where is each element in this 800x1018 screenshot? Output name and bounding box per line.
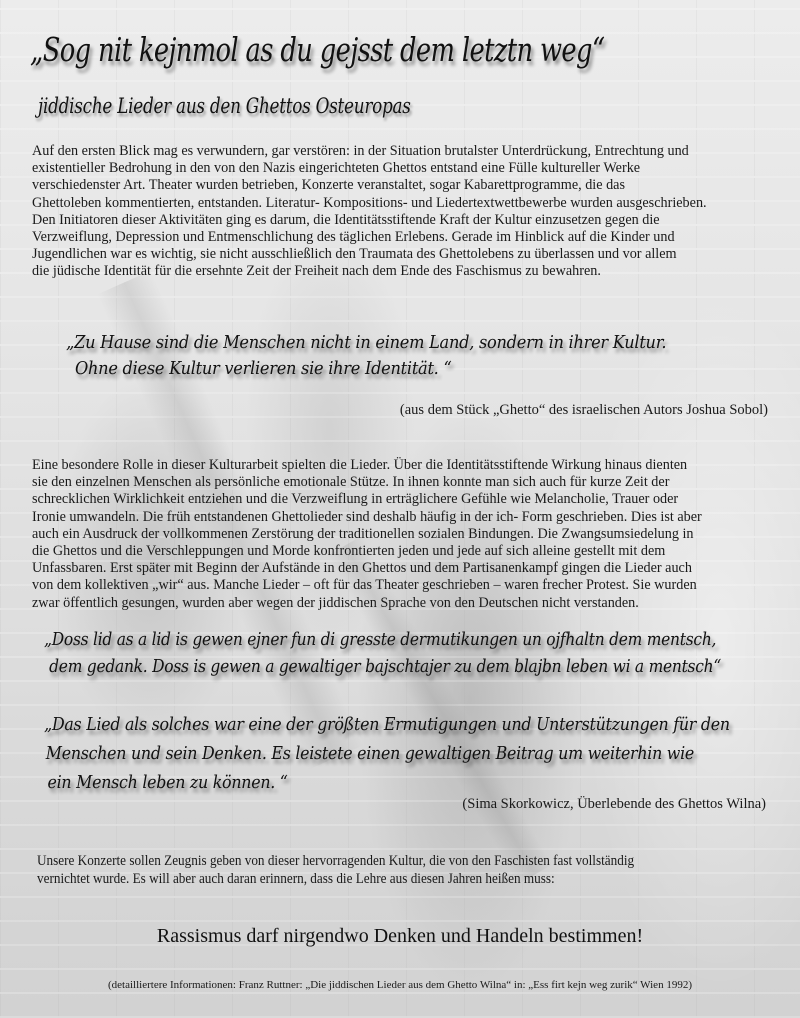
text-line: die Ghettos und die Verschleppungen und … [32,543,792,560]
text-line: Unsere Konzerte sollen Zeugnis geben von… [37,852,634,870]
text-line: vernichtet wurde. Es will aber auch dara… [37,870,634,888]
concerts-paragraph: Unsere Konzerte sollen Zeugnis geben von… [37,852,634,888]
text-line: sie den einzelnen Menschen als persönlic… [32,474,792,491]
quote-german: „Das Lied als solches war eine der größt… [44,710,730,797]
source-note: (detailliertere Informationen: Franz Rut… [0,979,800,991]
text-line: die jüdische Identität für die ersehnte … [32,263,792,280]
quote-line: ein Mensch leben zu können. “ [44,768,730,797]
text-line: existentieller Bedrohung in den von den … [32,160,792,177]
text-line: Ghettoleben kommentierten, entstanden. L… [32,195,792,212]
page-title: „Sog nit kejnmol as du gejsst dem letztn… [30,30,604,69]
quote-sobol-attribution: (aus dem Stück „Ghetto“ des israelischen… [400,402,768,419]
quote-line: „Doss lid as a lid is gewen ejner fun di… [44,626,721,653]
text-line: schrecklichen Wirklichkeit entziehen und… [32,491,792,508]
text-line: zwar öffentlich gesungen, wurden aber we… [32,595,792,612]
text-line: Auf den ersten Blick mag es verwundern, … [32,143,792,160]
page-subtitle: jiddische Lieder aus den Ghettos Osteuro… [38,94,411,118]
document-page: „Sog nit kejnmol as du gejsst dem letztn… [0,0,800,1018]
text-line: Jugendlichen war es wichtig, sie nicht a… [32,246,792,263]
quote-yiddish: „Doss lid as a lid is gewen ejner fun di… [44,626,721,680]
quote-line: Menschen und sein Denken. Es leistete ei… [44,739,730,768]
text-line: verschiedenster Art. Theater wurden betr… [32,177,792,194]
text-line: Den Initiatoren dieser Aktivitäten ging … [32,212,792,229]
text-line: Eine besondere Rolle in dieser Kulturarb… [32,457,792,474]
quote-line: „Zu Hause sind die Menschen nicht in ein… [66,330,666,356]
quote-line: „Das Lied als solches war eine der größt… [44,710,730,739]
text-line: Ironie umwandeln. Die früh entstandenen … [32,509,792,526]
intro-paragraph: Auf den ersten Blick mag es verwundern, … [32,143,792,281]
quote-line: Ohne diese Kultur verlieren sie ihre Ide… [66,356,666,382]
text-line: auch ein Ausdruck der vollkommenen Zerst… [32,526,792,543]
quote-german-attribution: (Sima Skorkowicz, Überlebende des Ghetto… [462,796,766,813]
text-line: Unfassbaren. Erst später mit Beginn der … [32,560,792,577]
text-line: Verzweiflung, Depression und Entmenschli… [32,229,792,246]
quote-sobol: „Zu Hause sind die Menschen nicht in ein… [66,330,666,382]
text-line: von dem kollektiven „wir“ aus. Manche Li… [32,577,792,594]
quote-line: dem gedank. Doss is gewen a gewaltiger b… [44,653,721,680]
slogan: Rassismus darf nirgendwo Denken und Hand… [0,925,800,948]
songs-paragraph: Eine besondere Rolle in dieser Kulturarb… [32,457,792,612]
